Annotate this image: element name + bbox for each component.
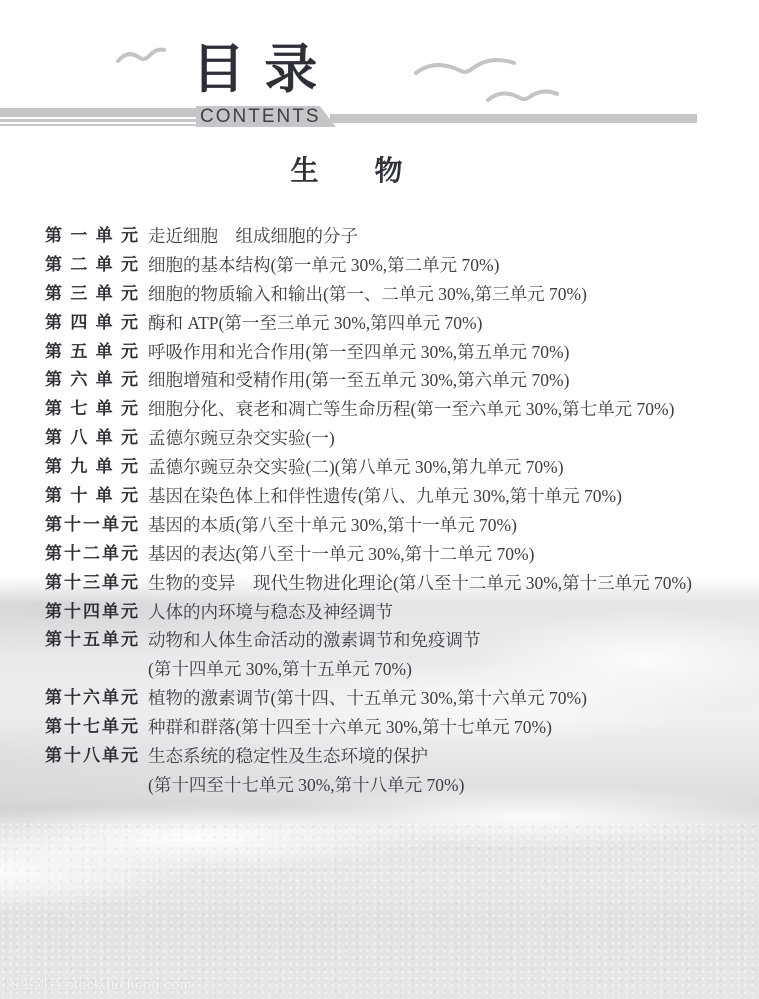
toc-unit-title: 细胞增殖和受精作用(第一至五单元 30%,第六单元 70%) — [148, 366, 569, 395]
toc-row: 第十六单元植物的激素调节(第十四、十五单元 30%,第十六单元 70%) — [45, 684, 713, 713]
toc-row: 第十三单元生物的变异 现代生物进化理论(第八至十二单元 30%,第十三单元 70… — [45, 569, 713, 598]
toc-row: 第三单元细胞的物质输入和输出(第一、二单元 30%,第三单元 70%) — [45, 280, 713, 309]
toc-unit-label: 第十八单元 — [45, 742, 138, 771]
toc-unit-title: 呼吸作用和光合作用(第一至四单元 30%,第五单元 70%) — [148, 338, 569, 367]
toc-unit-label: 第十七单元 — [45, 713, 138, 742]
toc-unit-title: 植物的激素调节(第十四、十五单元 30%,第十六单元 70%) — [148, 684, 587, 713]
toc-row: 第六单元细胞增殖和受精作用(第一至五单元 30%,第六单元 70%) — [45, 366, 713, 395]
toc-list: 第一单元走近细胞 组成细胞的分子第二单元细胞的基本结构(第一单元 30%,第二单… — [45, 222, 713, 800]
toc-unit-title: 酶和 ATP(第一至三单元 30%,第四单元 70%) — [148, 309, 482, 338]
toc-unit-label: 第十二单元 — [45, 540, 138, 569]
toc-unit-title: 人体的内环境与稳态及神经调节 — [148, 598, 393, 627]
toc-row: 第五单元呼吸作用和光合作用(第一至四单元 30%,第五单元 70%) — [45, 338, 713, 367]
toc-unit-title: 动物和人体生命活动的激素调节和免疫调节 — [148, 626, 481, 655]
toc-unit-title: 细胞的基本结构(第一单元 30%,第二单元 70%) — [148, 251, 499, 280]
page-title: 目 录 — [192, 44, 317, 97]
toc-row: 第八单元孟德尔豌豆杂交实验(一) — [45, 424, 713, 453]
toc-unit-title: 细胞分化、衰老和凋亡等生命历程(第一至六单元 30%,第七单元 70%) — [148, 395, 674, 424]
toc-unit-label: 第六单元 — [45, 366, 138, 395]
toc-unit-label: 第十四单元 — [45, 598, 138, 627]
toc-unit-label: 第九单元 — [45, 453, 138, 482]
toc-unit-title: 孟德尔豌豆杂交实验(二)(第八单元 30%,第九单元 70%) — [148, 453, 564, 482]
toc-unit-title: 细胞的物质输入和输出(第一、二单元 30%,第三单元 70%) — [148, 280, 587, 309]
toc-row: (第十四至十七单元 30%,第十八单元 70%) — [45, 771, 713, 800]
toc-row: 第十八单元生态系统的稳定性及生态环境的保护 — [45, 742, 713, 771]
toc-unit-title: 基因在染色体上和伴性遗传(第八、九单元 30%,第十单元 70%) — [148, 482, 622, 511]
toc-row: 第十五单元动物和人体生命活动的激素调节和免疫调节 — [45, 626, 713, 655]
page-header: 目 录 CONTENTS — [0, 0, 759, 150]
toc-unit-title: 生态系统的稳定性及生态环境的保护 — [148, 742, 428, 771]
toc-row: 第十一单元基因的本质(第八至十单元 30%,第十一单元 70%) — [45, 511, 713, 540]
seagull-icon — [116, 45, 166, 67]
toc-unit-label: 第五单元 — [45, 338, 138, 367]
stock-watermark: 图虫创意 stock.tuchong.com — [6, 974, 192, 993]
toc-row: (第十四单元 30%,第十五单元 70%) — [45, 655, 713, 684]
toc-unit-title: 生物的变异 现代生物进化理论(第八至十二单元 30%,第十三单元 70%) — [148, 569, 692, 598]
toc-unit-label: 第四单元 — [45, 309, 138, 338]
toc-row: 第十四单元人体的内环境与稳态及神经调节 — [45, 598, 713, 627]
toc-unit-label: 第十单元 — [45, 482, 138, 511]
toc-unit-label: 第十三单元 — [45, 569, 138, 598]
toc-unit-title: (第十四单元 30%,第十五单元 70%) — [148, 655, 412, 684]
toc-unit-label: 第十六单元 — [45, 684, 138, 713]
toc-row: 第四单元酶和 ATP(第一至三单元 30%,第四单元 70%) — [45, 309, 713, 338]
toc-unit-title: (第十四至十七单元 30%,第十八单元 70%) — [148, 771, 464, 800]
toc-unit-label: 第十五单元 — [45, 626, 138, 655]
toc-row: 第十二单元基因的表达(第八至十一单元 30%,第十二单元 70%) — [45, 540, 713, 569]
toc-unit-label: 第三单元 — [45, 280, 138, 309]
toc-unit-label: 第八单元 — [45, 424, 138, 453]
toc-row: 第二单元细胞的基本结构(第一单元 30%,第二单元 70%) — [45, 251, 713, 280]
toc-unit-title: 孟德尔豌豆杂交实验(一) — [148, 424, 335, 453]
toc-unit-label: 第十一单元 — [45, 511, 138, 540]
toc-page: 图虫创意 stock.tuchong.com 目 录 CONTENTS 生 物 … — [0, 0, 759, 999]
toc-unit-title: 基因的本质(第八至十单元 30%,第十一单元 70%) — [148, 511, 517, 540]
toc-unit-label: 第七单元 — [45, 395, 138, 424]
page-subtitle: CONTENTS — [196, 106, 336, 127]
toc-unit-title: 种群和群落(第十四至十六单元 30%,第十七单元 70%) — [148, 713, 552, 742]
toc-unit-label: 第一单元 — [45, 222, 138, 251]
toc-row: 第九单元孟德尔豌豆杂交实验(二)(第八单元 30%,第九单元 70%) — [45, 453, 713, 482]
seagull-icon — [413, 55, 517, 85]
toc-unit-title: 走近细胞 组成细胞的分子 — [148, 222, 358, 251]
toc-row: 第十单元基因在染色体上和伴性遗传(第八、九单元 30%,第十单元 70%) — [45, 482, 713, 511]
toc-row: 第十七单元种群和群落(第十四至十六单元 30%,第十七单元 70%) — [45, 713, 713, 742]
header-band-stripes — [0, 108, 196, 126]
toc-unit-label: 第二单元 — [45, 251, 138, 280]
subject-heading: 生 物 — [0, 156, 726, 188]
header-band: CONTENTS — [0, 106, 759, 128]
toc-row: 第一单元走近细胞 组成细胞的分子 — [45, 222, 713, 251]
header-band-bar — [330, 114, 697, 123]
toc-unit-title: 基因的表达(第八至十一单元 30%,第十二单元 70%) — [148, 540, 534, 569]
toc-row: 第七单元细胞分化、衰老和凋亡等生命历程(第一至六单元 30%,第七单元 70%) — [45, 395, 713, 424]
